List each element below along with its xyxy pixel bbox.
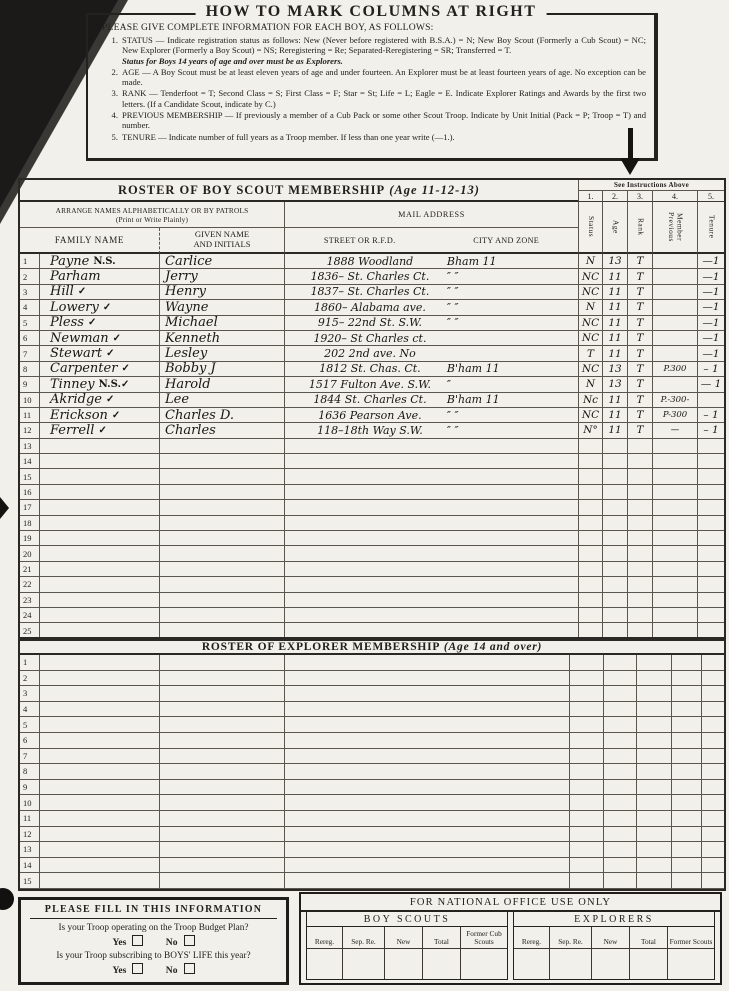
tenure-cell: [702, 811, 724, 827]
family-name-cell: Lowery✓: [40, 300, 160, 315]
office-column-header: Rereg.: [514, 927, 549, 949]
previous-member-cell: [672, 749, 702, 765]
family-name-cell: [40, 454, 160, 469]
office-column-rereg-: Rereg.: [514, 927, 550, 979]
office-column-header: Total: [630, 927, 667, 949]
family-name-cell: Pless✓: [40, 316, 160, 331]
row-number: 15: [20, 873, 40, 889]
tenure-cell: [698, 546, 724, 561]
tenure-cell: [702, 795, 724, 811]
given-name-cell: [160, 686, 285, 702]
row-number: 12: [20, 423, 40, 438]
status-cell: [570, 655, 604, 671]
given-name-entry: Charles: [165, 423, 216, 438]
given-name-cell: [160, 500, 285, 515]
family-name-cell: [40, 811, 160, 827]
given-name-cell: [160, 531, 285, 546]
street-entry: 915– 22nd St. S.W.: [293, 316, 447, 329]
given-name-entry: Jerry: [165, 269, 198, 284]
office-column-header: Sep. Re.: [550, 927, 591, 949]
previous-member-cell: [653, 254, 698, 269]
family-name-entry: Erickson: [50, 408, 108, 423]
col-label-age: Age: [603, 202, 628, 254]
name-check-mark: ✓: [103, 302, 111, 313]
howto-item-number: 3.: [104, 88, 118, 98]
given-name-cell: Harold: [160, 377, 285, 392]
office-column-header: Former Cub Scouts: [461, 927, 507, 949]
family-name-cell: [40, 593, 160, 608]
previous-member-cell: [653, 546, 698, 561]
rank-cell: [628, 454, 653, 469]
address-cell: [285, 795, 570, 811]
boy-scout-table: ROSTER OF BOY SCOUT MEMBERSHIP (Age 11-1…: [18, 178, 726, 641]
status-cell: N: [579, 254, 603, 269]
yes-label: Yes: [113, 937, 127, 948]
street-entry: 118–18th Way S.W.: [293, 424, 447, 437]
howto-item-number: 2.: [104, 67, 118, 77]
fill-info-title: PLEASE FILL IN THIS INFORMATION: [21, 904, 286, 915]
family-name-cell: [40, 702, 160, 718]
rank-cell: T: [628, 408, 653, 423]
status-cell: [570, 733, 604, 749]
address-cell: [285, 702, 570, 718]
given-name-cell: [160, 655, 285, 671]
family-name-cell: [40, 827, 160, 843]
name-check-mark: ✓: [98, 425, 106, 436]
age-cell: [604, 795, 637, 811]
given-name-cell: [160, 749, 285, 765]
previous-member-cell: P.-300-: [653, 393, 698, 408]
row-number: 2: [20, 671, 40, 687]
office-column-header: Former Scouts: [668, 927, 714, 949]
family-name-cell: [40, 686, 160, 702]
address-cell: [285, 454, 579, 469]
howto-item-text: TENURE — Indicate number of full years a…: [122, 132, 455, 142]
row-number: 6: [20, 733, 40, 749]
status-cell: NC: [579, 331, 603, 346]
given-name-cell: Charles D.: [160, 408, 285, 423]
age-cell: [603, 500, 628, 515]
col-label-status: Status: [579, 202, 603, 254]
age-cell: 11: [603, 408, 628, 423]
street-entry: 1920– St Charles ct.: [293, 332, 447, 345]
row-number: 7: [20, 346, 40, 361]
family-name-entry: Newman: [50, 331, 109, 346]
street-entry: 1836– St. Charles Ct.: [293, 270, 447, 283]
previous-member-cell: [672, 733, 702, 749]
office-column-new: New: [592, 927, 630, 979]
family-name-cell: [40, 485, 160, 500]
rank-cell: [637, 780, 672, 796]
address-cell: 1920– St Charles ct.: [285, 331, 579, 346]
row-number: 19: [20, 531, 40, 546]
previous-member-cell: P-300: [653, 408, 698, 423]
rank-cell: T: [628, 423, 653, 438]
col-label-tenure: Tenure: [698, 202, 724, 254]
street-header: STREET OR R.F.D.: [324, 236, 396, 245]
previous-member-cell: [653, 577, 698, 592]
tenure-cell: —1: [698, 285, 724, 300]
row-number: 10: [20, 393, 40, 408]
address-cell: [285, 811, 570, 827]
tenure-cell: —1: [698, 346, 724, 361]
howto-intro: PLEASE GIVE COMPLETE INFORMATION FOR EAC…: [102, 22, 654, 33]
status-cell: [579, 454, 603, 469]
previous-member-cell: [653, 531, 698, 546]
col-label-rank: Rank: [628, 202, 653, 254]
row-number: 20: [20, 546, 40, 561]
tenure-cell: [702, 702, 724, 718]
status-cell: [579, 562, 603, 577]
family-name-cell: [40, 749, 160, 765]
yes-checkbox: [132, 963, 143, 974]
age-cell: [603, 454, 628, 469]
rank-cell: T: [628, 269, 653, 284]
previous-member-cell: [672, 780, 702, 796]
row-number: 16: [20, 485, 40, 500]
age-cell: [603, 608, 628, 623]
row-number: 9: [20, 780, 40, 796]
given-name-cell: [160, 733, 285, 749]
address-cell: [285, 608, 579, 623]
address-cell: 1812 St. Chas. Ct.B'ham 11: [285, 362, 579, 377]
status-cell: [570, 749, 604, 765]
given-name-cell: Lee: [160, 393, 285, 408]
given-name-cell: [160, 702, 285, 718]
tenure-cell: [698, 439, 724, 454]
family-name-cell: [40, 469, 160, 484]
office-column-header: Sep. Re.: [343, 927, 384, 949]
tenure-cell: [698, 469, 724, 484]
previous-member-cell: [653, 439, 698, 454]
status-cell: [570, 811, 604, 827]
family-name-entry: Parham: [50, 269, 101, 284]
row-number: 9: [20, 377, 40, 392]
age-cell: [603, 439, 628, 454]
address-cell: [285, 439, 579, 454]
previous-member-cell: [672, 827, 702, 843]
howto-item: 4.PREVIOUS MEMBERSHIP — If previously a …: [102, 110, 646, 131]
city-entry: B'ham 11: [447, 362, 500, 375]
col-number-1: 1.: [579, 191, 603, 202]
street-entry: 1812 St. Chas. Ct.: [293, 362, 447, 375]
age-cell: 13: [603, 362, 628, 377]
address-cell: [285, 842, 570, 858]
given-name-cell: [160, 780, 285, 796]
howto-item-text: AGE — A Boy Scout must be at least eleve…: [122, 67, 646, 87]
boy-scouts-columns: Rereg.Sep. Re.NewTotalFormer Cub Scouts: [307, 927, 507, 979]
tenure-cell: [698, 593, 724, 608]
given-name-cell: [160, 454, 285, 469]
name-check-mark: N.S.: [93, 256, 115, 267]
address-cell: [285, 531, 579, 546]
rank-cell: [637, 686, 672, 702]
boy-scouts-title: BOY SCOUTS: [307, 912, 507, 927]
national-office-box: FOR NATIONAL OFFICE USE ONLY BOY SCOUTS …: [299, 892, 722, 985]
city-entry: ″ ″: [447, 424, 459, 437]
name-check-mark: ✓: [78, 286, 86, 297]
explorers-box: EXPLORERS Rereg.Sep. Re.NewTotalFormer S…: [513, 912, 715, 980]
status-cell: [570, 795, 604, 811]
howto-item-number: 4.: [104, 110, 118, 120]
explorer-roster-title-text: ROSTER OF EXPLORER MEMBERSHIP: [202, 641, 440, 653]
row-number: 11: [20, 811, 40, 827]
tenure-cell: [698, 531, 724, 546]
address-cell: [285, 485, 579, 500]
family-name-cell: [40, 655, 160, 671]
status-cell: [570, 842, 604, 858]
row-number: 5: [20, 316, 40, 331]
street-entry: 1837– St. Charles Ct.: [293, 285, 447, 298]
row-number: 4: [20, 300, 40, 315]
age-cell: [603, 546, 628, 561]
age-cell: 11: [603, 269, 628, 284]
tenure-cell: — 1: [698, 377, 724, 392]
row-number: 1: [20, 655, 40, 671]
previous-member-cell: [653, 300, 698, 315]
address-cell: [285, 516, 579, 531]
given-name-cell: [160, 593, 285, 608]
howto-item-number: 1.: [104, 35, 118, 45]
address-cell: 1844 St. Charles Ct.B'ham 11: [285, 393, 579, 408]
office-column-total: Total: [630, 927, 668, 979]
given-name-cell: [160, 764, 285, 780]
col-number-4: 4.: [653, 191, 698, 202]
row-number: 17: [20, 500, 40, 515]
family-name-cell: Akridge✓: [40, 393, 160, 408]
rank-cell: [628, 485, 653, 500]
given-name-cell: [160, 608, 285, 623]
rank-cell: [628, 500, 653, 515]
row-number: 18: [20, 516, 40, 531]
street-entry: 202 2nd ave. No: [293, 347, 447, 360]
given-name-cell: [160, 546, 285, 561]
mail-address-header: MAIL ADDRESS: [285, 202, 579, 228]
office-column-new: New: [385, 927, 423, 979]
scan-blob-artifact: [0, 888, 14, 910]
street-entry: 1844 St. Charles Ct.: [293, 393, 447, 406]
row-number: 22: [20, 577, 40, 592]
yes-checkbox: [132, 935, 143, 946]
row-number: 12: [20, 827, 40, 843]
given-name-cell: [160, 516, 285, 531]
howto-box: HOW TO MARK COLUMNS AT RIGHT PLEASE GIVE…: [86, 13, 658, 161]
previous-member-cell: [672, 655, 702, 671]
age-cell: 13: [603, 377, 628, 392]
no-checkbox: [184, 963, 195, 974]
family-name-cell: [40, 562, 160, 577]
given-name-cell: Henry: [160, 285, 285, 300]
age-cell: 13: [603, 254, 628, 269]
address-cell: 1836– St. Charles Ct.″ ″: [285, 269, 579, 284]
status-cell: T: [579, 346, 603, 361]
address-cell: 202 2nd ave. No: [285, 346, 579, 361]
address-cell: [285, 686, 570, 702]
status-cell: [570, 827, 604, 843]
arrange-names-header: ARRANGE NAMES ALPHABETICALLY OR BY PATRO…: [20, 202, 285, 228]
family-name-cell: [40, 873, 160, 889]
previous-member-cell: [653, 500, 698, 515]
name-check-mark: ✓: [106, 348, 114, 359]
name-check-mark: ✓: [121, 363, 129, 374]
name-check-mark: ✓: [88, 317, 96, 328]
age-cell: [603, 593, 628, 608]
status-cell: [570, 764, 604, 780]
rank-cell: [637, 749, 672, 765]
previous-member-cell: [672, 671, 702, 687]
status-cell: [570, 780, 604, 796]
city-entry: ″ ″: [447, 409, 459, 422]
address-cell: 1860– Alabama ave.″ ″: [285, 300, 579, 315]
address-cell: [285, 764, 570, 780]
rank-cell: [637, 702, 672, 718]
national-office-title: FOR NATIONAL OFFICE USE ONLY: [301, 894, 720, 912]
family-name-cell: Hill✓: [40, 285, 160, 300]
family-name-cell: [40, 858, 160, 874]
city-header: CITY AND ZONE: [473, 236, 539, 245]
previous-member-cell: [672, 842, 702, 858]
family-name-entry: Hill: [50, 284, 74, 299]
given-name-cell: [160, 873, 285, 889]
tenure-cell: [698, 485, 724, 500]
row-number: 6: [20, 331, 40, 346]
street-city-header: STREET OR R.F.D. CITY AND ZONE: [285, 228, 579, 254]
family-name-entry: Carpenter: [50, 361, 117, 376]
tenure-cell: [698, 608, 724, 623]
family-name-cell: [40, 780, 160, 796]
boy-scouts-box: BOY SCOUTS Rereg.Sep. Re.NewTotalFormer …: [306, 912, 508, 980]
given-name-entry: Michael: [165, 315, 218, 330]
tenure-cell: – 1: [698, 362, 724, 377]
row-number: 3: [20, 285, 40, 300]
status-cell: N: [579, 377, 603, 392]
status-cell: N: [579, 300, 603, 315]
tenure-cell: [702, 873, 724, 889]
age-cell: 11: [603, 346, 628, 361]
family-name-cell: [40, 671, 160, 687]
previous-member-cell: [672, 717, 702, 733]
scan-notch-artifact: [0, 497, 9, 519]
given-name-cell: Wayne: [160, 300, 285, 315]
down-arrow-head: [620, 158, 640, 175]
fill-info-box: PLEASE FILL IN THIS INFORMATION Is your …: [18, 897, 289, 985]
given-name-header: GIVEN NAME AND INITIALS: [160, 228, 285, 254]
see-instructions-label: See Instructions Above: [579, 180, 724, 191]
family-name-cell: Ferrell✓: [40, 423, 160, 438]
family-name-cell: Erickson✓: [40, 408, 160, 423]
howto-item-text: PREVIOUS MEMBERSHIP — If previously a me…: [122, 110, 646, 130]
name-check-mark: N.S.✓: [99, 379, 130, 390]
age-cell: [604, 811, 637, 827]
given-name-cell: Lesley: [160, 346, 285, 361]
family-name-cell: Newman✓: [40, 331, 160, 346]
previous-member-cell: [653, 608, 698, 623]
age-cell: [604, 671, 637, 687]
status-cell: [579, 469, 603, 484]
previous-member-cell: [672, 811, 702, 827]
budget-plan-answer-row: Yes No: [21, 935, 286, 948]
row-number: 5: [20, 717, 40, 733]
given-name-cell: [160, 562, 285, 577]
rank-cell: T: [628, 300, 653, 315]
rank-cell: [637, 795, 672, 811]
fill-info-divider: [30, 918, 277, 919]
tenure-cell: [698, 562, 724, 577]
office-column-former-cub-scouts: Former Cub Scouts: [461, 927, 507, 979]
city-entry: ″ ″: [447, 301, 459, 314]
city-entry: ″: [447, 378, 451, 391]
row-number: 23: [20, 593, 40, 608]
row-number: 1: [20, 254, 40, 269]
address-cell: [285, 749, 570, 765]
office-column-header: Total: [423, 927, 460, 949]
rank-cell: [628, 562, 653, 577]
explorers-columns: Rereg.Sep. Re.NewTotalFormer Scouts: [514, 927, 714, 979]
status-cell: NC: [579, 285, 603, 300]
previous-member-cell: [653, 346, 698, 361]
family-name-entry: Payne: [50, 254, 89, 269]
previous-member-cell: [653, 454, 698, 469]
age-cell: [603, 531, 628, 546]
rank-cell: T: [628, 254, 653, 269]
given-name-entry: Henry: [165, 284, 206, 299]
previous-member-cell: [653, 377, 698, 392]
address-cell: [285, 562, 579, 577]
rank-cell: [628, 593, 653, 608]
given-name-entry: Carlice: [165, 254, 212, 269]
status-cell: [570, 717, 604, 733]
howto-items: 1.STATUS — Indicate registration status …: [102, 35, 646, 142]
office-column-sep-re-: Sep. Re.: [343, 927, 385, 979]
status-cell: NC: [579, 316, 603, 331]
status-cell: [570, 858, 604, 874]
street-entry: 1888 Woodland: [293, 255, 447, 268]
row-number: 8: [20, 764, 40, 780]
no-label: No: [166, 965, 178, 976]
given-name-cell: Carlice: [160, 254, 285, 269]
status-cell: [570, 686, 604, 702]
office-column-former-scouts: Former Scouts: [668, 927, 714, 979]
address-cell: [285, 577, 579, 592]
family-name-cell: [40, 733, 160, 749]
row-number: 7: [20, 749, 40, 765]
given-name-entry: Kenneth: [165, 331, 220, 346]
bs-roster-title: ROSTER OF BOY SCOUT MEMBERSHIP (Age 11-1…: [20, 180, 579, 202]
previous-member-cell: [653, 562, 698, 577]
address-cell: 118–18th Way S.W.″ ″: [285, 423, 579, 438]
city-entry: Bham 11: [447, 255, 497, 268]
age-cell: [604, 858, 637, 874]
rank-cell: [628, 546, 653, 561]
rank-cell: [637, 811, 672, 827]
address-cell: 915– 22nd St. S.W.″ ″: [285, 316, 579, 331]
family-name-cell: Parham: [40, 269, 160, 284]
rank-cell: [637, 671, 672, 687]
status-cell: [579, 531, 603, 546]
address-cell: [285, 873, 570, 889]
down-arrow-stem: [628, 128, 633, 160]
status-cell: [579, 500, 603, 515]
family-name-entry: Stewart: [50, 346, 102, 361]
boys-life-answer-row: Yes No: [21, 963, 286, 976]
rank-cell: T: [628, 362, 653, 377]
howto-item: 2.AGE — A Boy Scout must be at least ele…: [102, 67, 646, 88]
howto-item-text: STATUS — Indicate registration status as…: [122, 35, 646, 55]
age-cell: 11: [603, 316, 628, 331]
row-number: 10: [20, 795, 40, 811]
status-cell: [579, 516, 603, 531]
tenure-cell: [698, 516, 724, 531]
